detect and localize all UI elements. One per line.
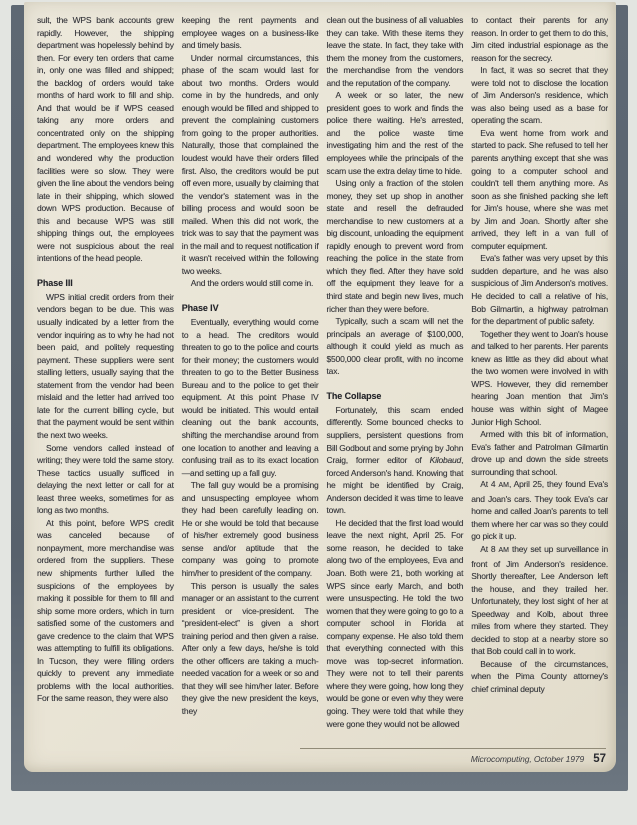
text-column-4: to contact their parents for any reason.… <box>471 14 608 740</box>
paragraph: Using only a fraction of the stolen mone… <box>327 177 464 315</box>
paragraph: Under normal circumstances, this phase o… <box>182 52 319 278</box>
paragraph: clean out the business of all valuables … <box>327 14 464 89</box>
paragraph: sult, the WPS bank accounts grew rapidly… <box>37 14 174 265</box>
paragraph: He decided that the first load would lea… <box>327 517 464 730</box>
paragraph: And the orders would still come in. <box>182 277 319 290</box>
paragraph: Some vendors called instead of writing; … <box>37 442 174 517</box>
paragraph: Armed with this bit of information, Eva'… <box>471 428 608 478</box>
heading-phase-iv: Phase IV <box>182 302 319 314</box>
text-column-2: keeping the rent payments and employee w… <box>182 14 319 740</box>
article-text-columns: sult, the WPS bank accounts grew rapidly… <box>37 14 608 740</box>
paragraph: A week or so later, the new president go… <box>327 89 464 177</box>
paragraph: At 4 AM, April 25, they found Eva's and … <box>471 478 608 543</box>
paragraph: Typically, such a scam will net the prin… <box>327 315 464 378</box>
paragraph: At this point, before WPS credit was can… <box>37 517 174 705</box>
paragraph: Together they went to Joan's house and t… <box>471 328 608 428</box>
page-number: 57 <box>593 753 606 765</box>
paragraph: keeping the rent payments and employee w… <box>182 14 319 52</box>
magazine-page: sult, the WPS bank accounts grew rapidly… <box>24 2 616 772</box>
paragraph: WPS initial credit orders from their ven… <box>37 291 174 442</box>
paragraph: to contact their parents for any reason.… <box>471 14 608 64</box>
text-column-3: clean out the business of all valuables … <box>327 14 464 740</box>
paragraph: In fact, it was so secret that they were… <box>471 64 608 127</box>
heading-phase-iii: Phase III <box>37 277 174 289</box>
paragraph: Eventually, everything would come to a h… <box>182 316 319 479</box>
paragraph: Because of the circumstances, when the P… <box>471 658 608 696</box>
paragraph: The fall guy would be a promising and un… <box>182 479 319 579</box>
page-footer: Microcomputing, October 1979 57 <box>300 748 606 765</box>
text-column-1: sult, the WPS bank accounts grew rapidly… <box>37 14 174 740</box>
journal-name: Microcomputing, October 1979 <box>471 754 584 764</box>
paragraph: At 8 AM they set up surveillance in fron… <box>471 543 608 658</box>
paragraph: Eva's father was very upset by this sudd… <box>471 252 608 327</box>
paragraph: Fortunately, this scam ended differently… <box>327 404 464 517</box>
paragraph: Eva went home from work and started to p… <box>471 127 608 252</box>
paragraph: This person is usually the sales manager… <box>182 580 319 718</box>
heading-the-collapse: The Collapse <box>327 390 464 402</box>
